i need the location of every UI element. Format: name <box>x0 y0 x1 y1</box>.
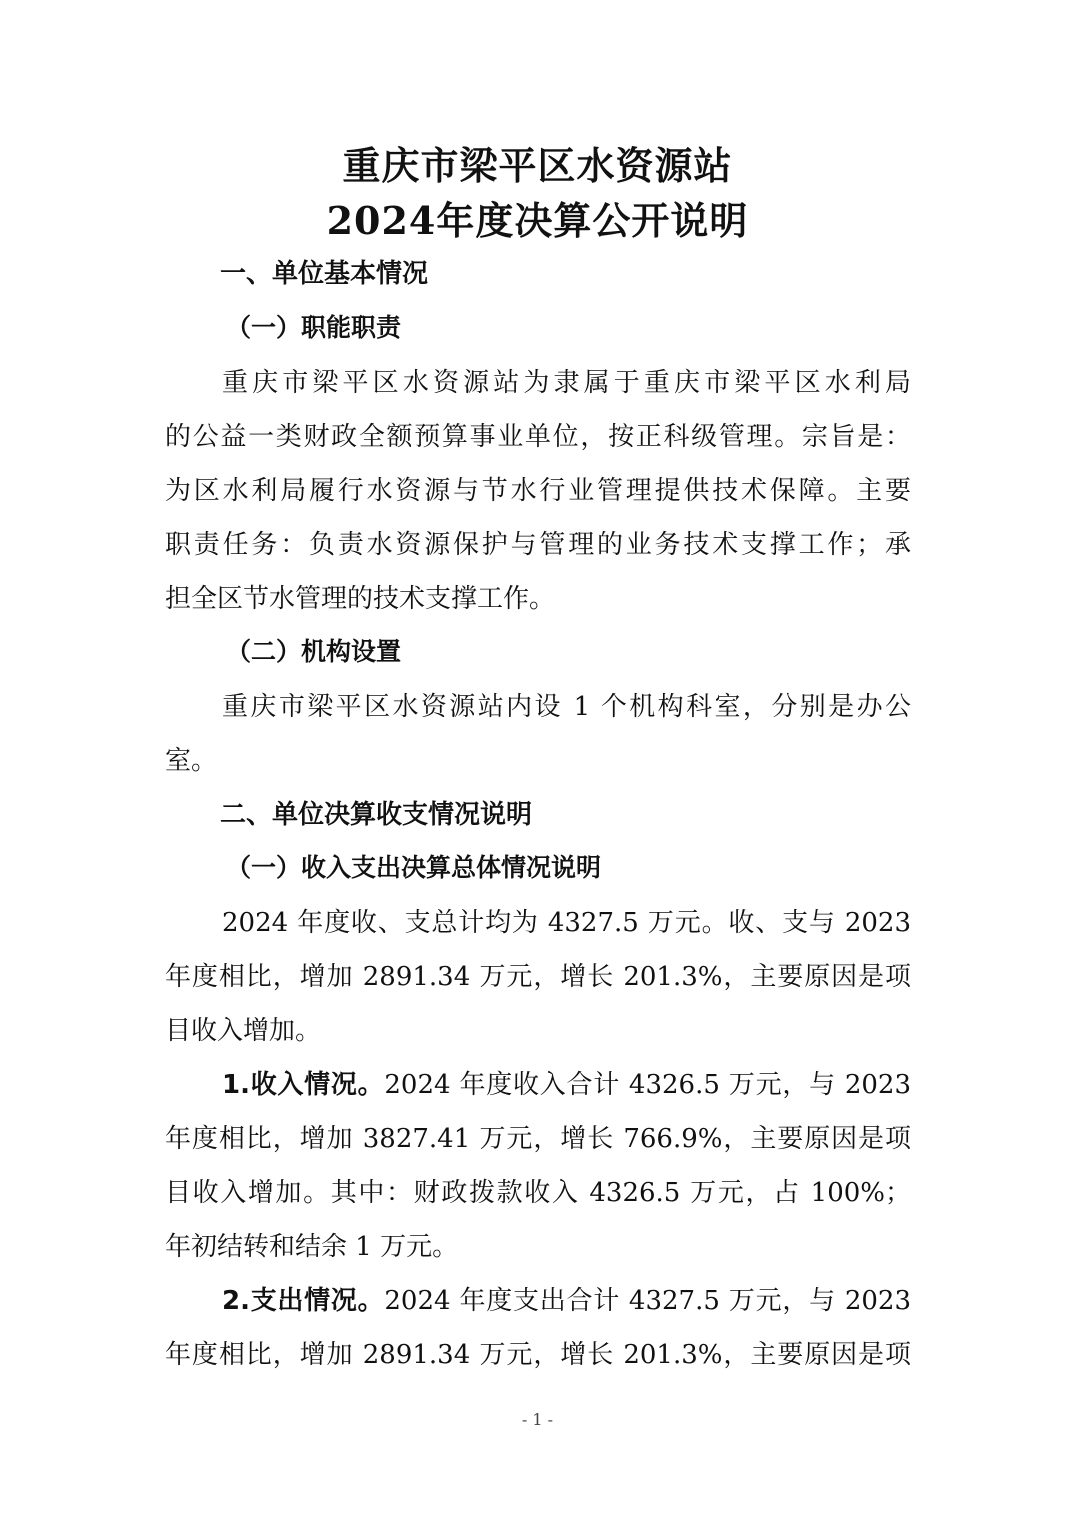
section-heading-budget: 二、单位决算收支情况说明 <box>220 794 532 831</box>
paragraph-line: 担全区节水管理的技术支撑工作。 <box>165 578 911 615</box>
document-title-line1: 重庆市梁平区水资源站 <box>0 135 1075 190</box>
paragraph-line: 职责任务：负责水资源保护与管理的业务技术支撑工作；承 <box>165 524 911 561</box>
income-text: 2024 年度收入合计 4326.5 万元，与 2023 <box>384 1070 911 1100</box>
paragraph-line: 目收入增加。其中：财政拨款收入 4326.5 万元，占 100%； <box>165 1172 911 1209</box>
paragraph-line: 室。 <box>165 740 911 777</box>
income-paragraph-first-line: 1.收入情况。2024 年度收入合计 4326.5 万元，与 2023 <box>222 1064 911 1101</box>
section-heading-basic-info: 一、单位基本情况 <box>220 253 428 290</box>
paragraph-line: 为区水利局履行水资源与节水行业管理提供技术保障。主要 <box>165 470 911 507</box>
subsection-heading-functions: （一）职能职责 <box>226 308 401 344</box>
expense-label: 2.支出情况。 <box>222 1286 384 1316</box>
subsection-heading-organization: （二）机构设置 <box>226 632 401 668</box>
paragraph-line: 目收入增加。 <box>165 1010 911 1047</box>
paragraph-line: 重庆市梁平区水资源站内设 1 个机构科室，分别是办公 <box>222 686 911 723</box>
paragraph-line: 年度相比，增加 2891.34 万元，增长 201.3%，主要原因是项 <box>165 1334 911 1371</box>
document-title-line2: 2024年度决算公开说明 <box>0 190 1075 245</box>
paragraph-line: 年度相比，增加 2891.34 万元，增长 201.3%，主要原因是项 <box>165 956 911 993</box>
paragraph-line: 的公益一类财政全额预算事业单位，按正科级管理。宗旨是： <box>165 416 911 453</box>
expense-paragraph-first-line: 2.支出情况。2024 年度支出合计 4327.5 万元，与 2023 <box>222 1280 911 1317</box>
paragraph-line: 年度相比，增加 3827.41 万元，增长 766.9%，主要原因是项 <box>165 1118 911 1155</box>
page-number: - 1 - <box>0 1410 1075 1429</box>
paragraph-line: 2024 年度收、支总计均为 4327.5 万元。收、支与 2023 <box>222 902 911 939</box>
paragraph-line: 年初结转和结余 1 万元。 <box>165 1226 911 1263</box>
expense-text: 2024 年度支出合计 4327.5 万元，与 2023 <box>384 1286 911 1316</box>
paragraph-line: 重庆市梁平区水资源站为隶属于重庆市梁平区水利局 <box>222 362 911 399</box>
income-label: 1.收入情况。 <box>222 1070 384 1100</box>
subsection-heading-overall: （一）收入支出决算总体情况说明 <box>226 848 601 884</box>
